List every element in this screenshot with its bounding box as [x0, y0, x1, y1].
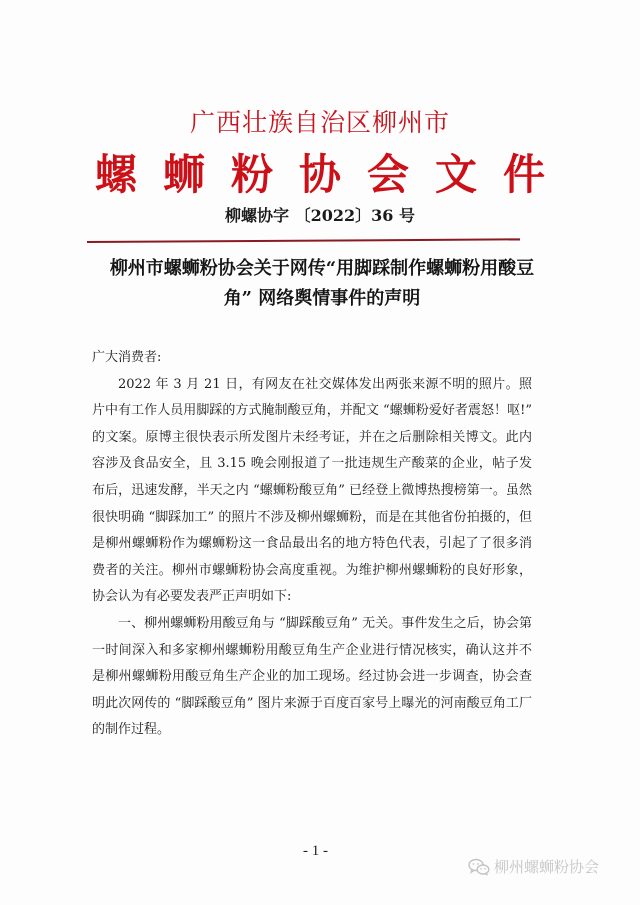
page-number: - 1 - [303, 841, 328, 861]
document-title-char: 文 [422, 148, 490, 202]
statement-title: 柳州市螺蛳粉协会关于网传“用脚踩制作螺蛳粉用酸豆 角” 网络舆情事件的声明 [72, 254, 572, 314]
watermark-text: 柳州螺蛳粉协会 [494, 857, 599, 877]
issuer-line: 广西壮族自治区柳州市 [0, 107, 640, 139]
statement-body: 广大消费者: 2022 年 3 月 21 日，有网友在社交媒体发出两张来源不明的… [92, 345, 532, 744]
document-title-char: 协 [286, 148, 354, 202]
body-paragraph: 一、柳州螺蛳粉用酸豆角与 “脚踩酸豆角” 无关。事件发生之后，协会第一时间深入和… [92, 611, 532, 744]
document-title: 螺 蛳 粉 协 会 文 件 [0, 148, 640, 202]
document-number: 柳螺协字 〔2022〕36 号 [0, 205, 640, 227]
statement-title-line: 角” 网络舆情事件的声明 [72, 284, 572, 314]
document-title-char: 蛳 [150, 148, 218, 202]
document-title-char: 螺 [82, 148, 150, 202]
salutation: 广大消费者: [92, 345, 532, 372]
document-title-char: 粉 [218, 148, 286, 202]
watermark: 柳州螺蛳粉协会 [468, 857, 599, 877]
body-paragraph: 2022 年 3 月 21 日，有网友在社交媒体发出两张来源不明的照片。照片中有… [92, 372, 532, 611]
wechat-icon [468, 858, 490, 876]
statement-title-line: 柳州市螺蛳粉协会关于网传“用脚踩制作螺蛳粉用酸豆 [72, 254, 572, 284]
red-divider [87, 238, 520, 243]
document-title-char: 件 [490, 148, 558, 202]
document-title-char: 会 [354, 148, 422, 202]
document-page: 广西壮族自治区柳州市 螺 蛳 粉 协 会 文 件 柳螺协字 〔2022〕36 号… [0, 0, 640, 905]
